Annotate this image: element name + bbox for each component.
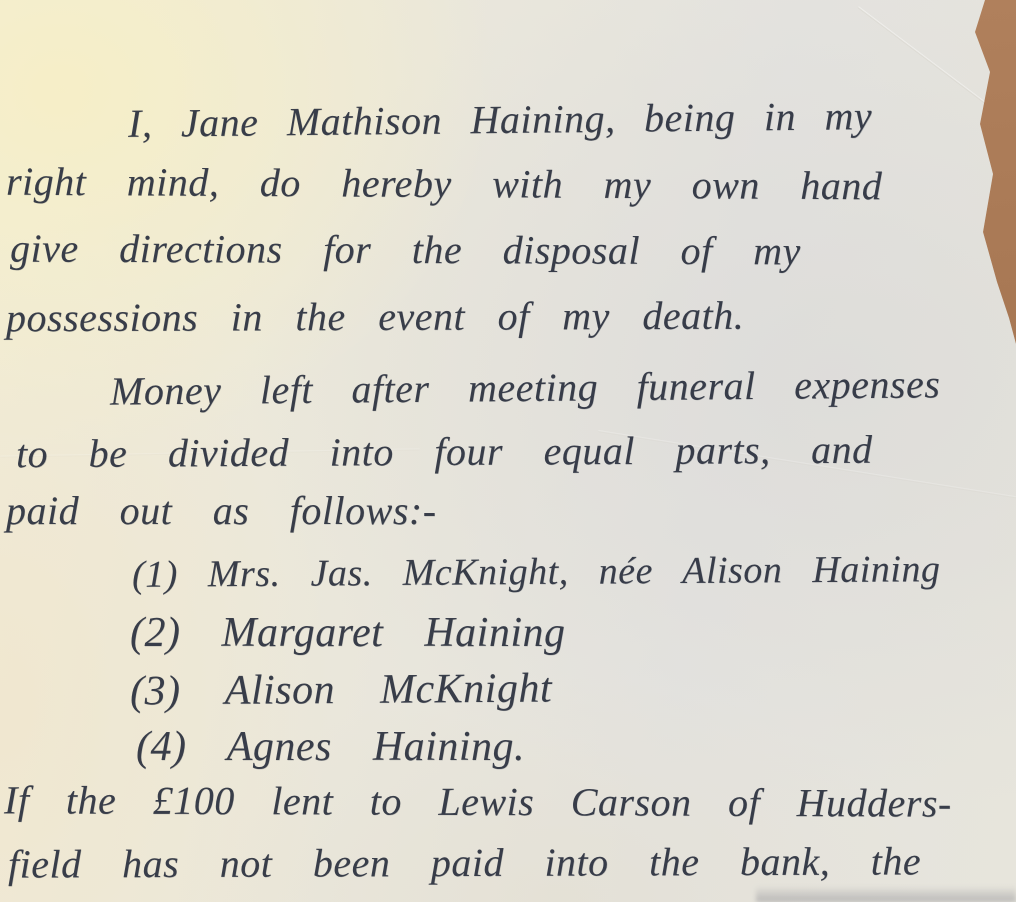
handwritten-line-list-item: (1) Mrs. Jas. McKnight, née Alison Haini… bbox=[132, 550, 941, 594]
fold-crease bbox=[857, 6, 992, 109]
handwritten-line-list-item: (2) Margaret Haining bbox=[130, 612, 566, 654]
paper-sheet: I, Jane Mathison Haining, being in my ri… bbox=[0, 0, 1016, 902]
handwritten-line: field has not been paid into the bank, t… bbox=[8, 841, 921, 884]
handwritten-line: possessions in the event of my death. bbox=[6, 296, 744, 339]
handwritten-line: right mind, do hereby with my own hand bbox=[6, 162, 883, 207]
handwritten-line: give directions for the disposal of my bbox=[10, 229, 801, 272]
handwritten-line: Money left after meeting funeral expense… bbox=[110, 364, 941, 411]
handwritten-line-list-item: (3) Alison McKnight bbox=[130, 668, 552, 713]
handwritten-line-list-item: (4) Agnes Haining. bbox=[136, 726, 525, 768]
photographed-document: I, Jane Mathison Haining, being in my ri… bbox=[0, 0, 1016, 902]
handwritten-line: I, Jane Mathison Haining, being in my bbox=[128, 96, 873, 144]
handwritten-line: paid out as follows:- bbox=[6, 491, 437, 531]
bottom-edge-shadow bbox=[756, 886, 1016, 902]
handwritten-line: If the £100 lent to Lewis Carson of Hudd… bbox=[4, 780, 952, 823]
handwritten-line: to be divided into four equal parts, and bbox=[16, 430, 873, 474]
